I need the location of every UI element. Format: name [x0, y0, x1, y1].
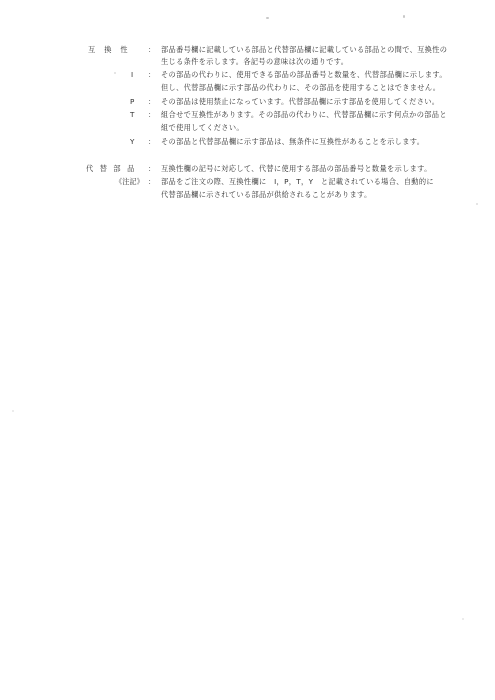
definition-line: 代替部品欄に示されている部品が供給されることがあります。 — [161, 190, 371, 199]
definition-line: 但し、代替部品欄に示す部品の代わりに、その部品を使用することはできません。 — [161, 83, 440, 92]
separator: ： — [148, 97, 155, 106]
code-P: P — [130, 97, 134, 106]
scan-speck — [12, 410, 14, 412]
code-T: T — [130, 110, 134, 119]
definition-line: その部品と代替部品欄に示す部品は、無条件に互換性があることを示します。 — [161, 137, 424, 146]
definition-line: 部品番号欄に記載している部品と代替部品欄に記載している部品との間で、互換性の — [161, 45, 447, 54]
scan-speck — [462, 618, 464, 620]
separator: ： — [148, 164, 155, 173]
term-substitute-parts: 代替部品 — [86, 164, 141, 173]
separator: ： — [148, 45, 155, 54]
scan-speck — [114, 72, 116, 74]
document-page: 互換性 ： 部品番号欄に記載している部品と代替部品欄に記載している部品との間で、… — [0, 0, 495, 700]
separator: ： — [148, 137, 155, 146]
definition-line: 組で使用してください。 — [161, 123, 244, 132]
code-Y: Y — [130, 137, 134, 146]
definition-line: 互換性欄の記号に対応して、代替に使用する部品の部品番号と数量を示します。 — [161, 164, 432, 173]
term-compatibility: 互換性 — [88, 45, 137, 54]
scan-speck — [476, 203, 478, 205]
definition-line: その部品の代わりに、使用できる部品の部品番号と数量を、代替部品欄に示します。 — [161, 70, 447, 79]
definition-line: 生じる条件を示します。各記号の意味は次の通りです。 — [161, 57, 348, 66]
code-I: I — [131, 70, 133, 79]
note-label: 《注記》 — [115, 177, 144, 186]
definition-line: 組合せで互換性があります。その部品の代わりに、代替部品欄に示す何点かの部品と — [161, 110, 447, 119]
separator: ： — [148, 110, 155, 119]
separator: ： — [148, 177, 155, 186]
scan-speck — [266, 17, 269, 19]
definition-line: その部品は使用禁止になっています。代替部品欄に示す部品を使用してください。 — [161, 97, 439, 106]
scan-speck — [403, 15, 405, 18]
separator: ： — [148, 70, 155, 79]
definition-line: 部品をご注文の際、互換性欄に I，P，T，Y と記載されている場合、自動的に — [161, 177, 434, 186]
